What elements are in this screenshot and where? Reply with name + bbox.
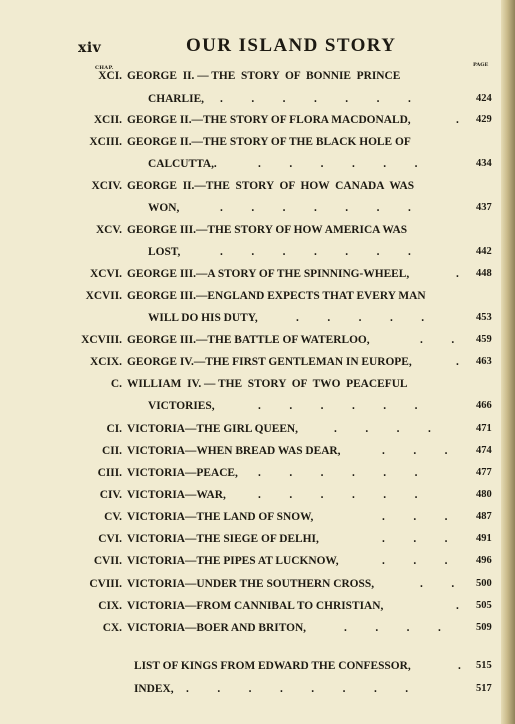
toc-entry: XCVII. GEORGE III.—ENGLAND EXPECTS THAT …: [0, 286, 505, 306]
toc-entry: CVII. VICTORIA—THE PIPES AT LUCKNOW, . .…: [0, 551, 505, 571]
page-number: 487: [476, 507, 500, 527]
dot-leader: . . .: [382, 529, 448, 549]
toc-entry: XCIII. GEORGE II.—THE STORY OF THE BLACK…: [0, 132, 505, 152]
page-number: 496: [476, 551, 500, 571]
chapter-number: CII.: [60, 441, 122, 461]
chapter-number: XCII.: [60, 110, 122, 130]
chapter-number: XCV.: [60, 220, 122, 240]
toc-entry: XCVI. GEORGE III.—A STORY OF THE SPINNIN…: [0, 264, 505, 284]
chapter-title: GEORGE II. — THE STORY OF BONNIE PRINCE: [127, 66, 400, 86]
chapter-title: VICTORIA—PEACE,: [127, 463, 238, 483]
chapter-number: XCVIII.: [60, 330, 122, 350]
dot-leader: . . . . .: [296, 308, 424, 328]
toc-entry: CV. VICTORIA—THE LAND OF SNOW, . . . 487: [0, 507, 505, 527]
chapter-title: GEORGE III.—THE BATTLE OF WATERLOO,: [127, 330, 370, 350]
dot-leader: . . .: [382, 551, 448, 571]
chapter-title: VICTORIA—BOER AND BRITON,: [127, 618, 306, 638]
page-number: 480: [476, 485, 500, 505]
toc-entry-continuation: LOST, . . . . . . . 442: [0, 242, 505, 262]
page-number: 424: [476, 89, 500, 109]
toc-entry: CI. VICTORIA—THE GIRL QUEEN, . . . . 471: [0, 419, 505, 439]
page-number: 459: [476, 330, 500, 350]
chapter-title-cont: WON,: [148, 198, 179, 218]
chapter-title: VICTORIA—FROM CANNIBAL TO CHRISTIAN,: [127, 596, 383, 616]
toc-entry: CII. VICTORIA—WHEN BREAD WAS DEAR, . . .…: [0, 441, 505, 461]
chapter-title: GEORGE III.—ENGLAND EXPECTS THAT EVERY M…: [127, 286, 426, 306]
dot-leader: . . . . . .: [258, 463, 417, 483]
page-number: 509: [476, 618, 500, 638]
page-number: 466: [476, 396, 500, 416]
chapter-title-cont: WILL DO HIS DUTY,: [148, 308, 258, 328]
chapter-title: VICTORIA—WHEN BREAD WAS DEAR,: [127, 441, 341, 461]
page-number: 429: [476, 110, 500, 130]
dot-leader: . . .: [382, 507, 448, 527]
chapter-number: CVI.: [60, 529, 122, 549]
page-folio: xiv: [78, 40, 101, 56]
chapter-title-cont: CHARLIE,: [148, 89, 204, 109]
page-number: 505: [476, 596, 500, 616]
appendix-title: LIST OF KINGS FROM EDWARD THE CONFESSOR,: [134, 656, 411, 676]
chapter-title: GEORGE II.—THE STORY OF FLORA MACDONALD,: [127, 110, 411, 130]
chapter-title: GEORGE II.—THE STORY OF HOW CANADA WAS: [127, 176, 414, 196]
dot-leader: .: [456, 264, 459, 284]
chapter-number: CX.: [60, 618, 122, 638]
chapter-number: CIX.: [60, 596, 122, 616]
toc-entry: CIV. VICTORIA—WAR, . . . . . . 480: [0, 485, 505, 505]
chapter-title: GEORGE III.—A STORY OF THE SPINNING-WHEE…: [127, 264, 409, 284]
page-edge-shadow: [501, 0, 515, 724]
toc-entry: XCII. GEORGE II.—THE STORY OF FLORA MACD…: [0, 110, 505, 130]
dot-leader: . .: [420, 574, 454, 594]
toc-entry-continuation: VICTORIES, . . . . . . 466: [0, 396, 505, 416]
page-number: 471: [476, 419, 500, 439]
dot-leader: . . . . . . .: [220, 242, 411, 262]
toc-entry: CIX. VICTORIA—FROM CANNIBAL TO CHRISTIAN…: [0, 596, 505, 616]
page-number: 474: [476, 441, 500, 461]
chapter-title: GEORGE III.—THE STORY OF HOW AMERICA WAS: [127, 220, 407, 240]
toc-entry: CIII. VICTORIA—PEACE, . . . . . . 477: [0, 463, 505, 483]
appendix-title: INDEX,: [134, 679, 174, 699]
toc-entry: C. WILLIAM IV. — THE STORY OF TWO PEACEF…: [0, 374, 505, 394]
chapter-title: VICTORIA—THE LAND OF SNOW,: [127, 507, 313, 527]
chapter-title-cont: CALCUTTA,.: [148, 154, 217, 174]
toc-entry-continuation: CHARLIE, . . . . . . . 424: [0, 89, 505, 109]
book-page: xiv OUR ISLAND STORY CHAP. PAGE XCI. GEO…: [0, 0, 505, 724]
dot-leader: .: [456, 110, 459, 130]
page-number: 442: [476, 242, 500, 262]
toc-entry-continuation: CALCUTTA,. . . . . . . 434: [0, 154, 505, 174]
chapter-number: CI.: [60, 419, 122, 439]
chapter-title: GEORGE II.—THE STORY OF THE BLACK HOLE O…: [127, 132, 411, 152]
page-number: 434: [476, 154, 500, 174]
chapter-number: CVIII.: [60, 574, 122, 594]
toc-entry-continuation: WON, . . . . . . . 437: [0, 198, 505, 218]
toc-appendix-entry: INDEX, . . . . . . . . 517: [0, 679, 505, 699]
dot-leader: . . . . . . .: [220, 198, 411, 218]
dot-leader: .: [456, 352, 459, 372]
page-number: 437: [476, 198, 500, 218]
dot-leader: . . . .: [344, 618, 441, 638]
chapter-number: XCVI.: [60, 264, 122, 284]
dot-leader: . . . . . . . .: [186, 679, 408, 699]
toc-entry: CVIII. VICTORIA—UNDER THE SOUTHERN CROSS…: [0, 574, 505, 594]
toc-entry: CX. VICTORIA—BOER AND BRITON, . . . . 50…: [0, 618, 505, 638]
chapter-number: CV.: [60, 507, 122, 527]
chapter-number: CIII.: [60, 463, 122, 483]
toc-entry: XCV. GEORGE III.—THE STORY OF HOW AMERIC…: [0, 220, 505, 240]
dot-leader: . . . . . .: [258, 396, 417, 416]
chapter-title: VICTORIA—UNDER THE SOUTHERN CROSS,: [127, 574, 374, 594]
toc-entry-continuation: WILL DO HIS DUTY, . . . . . 453: [0, 308, 505, 328]
dot-leader: . . . . . .: [258, 154, 417, 174]
dot-leader: .: [456, 596, 459, 616]
dot-leader: . . . . . .: [258, 485, 417, 505]
dot-leader: . .: [420, 330, 454, 350]
toc-entry: CVI. VICTORIA—THE SIEGE OF DELHI, . . . …: [0, 529, 505, 549]
chapter-number: CVII.: [60, 551, 122, 571]
dot-leader: . . .: [382, 441, 448, 461]
page-number: 515: [476, 656, 500, 676]
chapter-title: VICTORIA—WAR,: [127, 485, 226, 505]
toc-entry: XCI. GEORGE II. — THE STORY OF BONNIE PR…: [0, 66, 505, 86]
running-title: OUR ISLAND STORY: [186, 35, 396, 57]
toc-entry: XCIV. GEORGE II.—THE STORY OF HOW CANADA…: [0, 176, 505, 196]
dot-leader: . . . . . . .: [220, 89, 411, 109]
page-number: 517: [476, 679, 500, 699]
page-number: 448: [476, 264, 500, 284]
chapter-title-cont: VICTORIES,: [148, 396, 215, 416]
chapter-number: C.: [60, 374, 122, 394]
chapter-title: GEORGE IV.—THE FIRST GENTLEMAN IN EUROPE…: [127, 352, 412, 372]
chapter-number: XCVII.: [60, 286, 122, 306]
page-number: 463: [476, 352, 500, 372]
chapter-number: XCIV.: [60, 176, 122, 196]
chapter-title: VICTORIA—THE GIRL QUEEN,: [127, 419, 298, 439]
dot-leader: . . . .: [334, 419, 431, 439]
page-number: 500: [476, 574, 500, 594]
page-number: 453: [476, 308, 500, 328]
chapter-number: XCIX.: [60, 352, 122, 372]
chapter-number: CIV.: [60, 485, 122, 505]
page-number: 477: [476, 463, 500, 483]
chapter-title: VICTORIA—THE SIEGE OF DELHI,: [127, 529, 319, 549]
chapter-title-cont: LOST,: [148, 242, 180, 262]
dot-leader: .: [458, 656, 461, 676]
chapter-title: VICTORIA—THE PIPES AT LUCKNOW,: [127, 551, 339, 571]
chapter-number: XCI.: [60, 66, 122, 86]
chapter-number: XCIII.: [60, 132, 122, 152]
toc-entry: XCVIII. GEORGE III.—THE BATTLE OF WATERL…: [0, 330, 505, 350]
page-number: 491: [476, 529, 500, 549]
chapter-title: WILLIAM IV. — THE STORY OF TWO PEACEFUL: [127, 374, 408, 394]
toc-entry: XCIX. GEORGE IV.—THE FIRST GENTLEMAN IN …: [0, 352, 505, 372]
toc-appendix-entry: LIST OF KINGS FROM EDWARD THE CONFESSOR,…: [0, 656, 505, 676]
